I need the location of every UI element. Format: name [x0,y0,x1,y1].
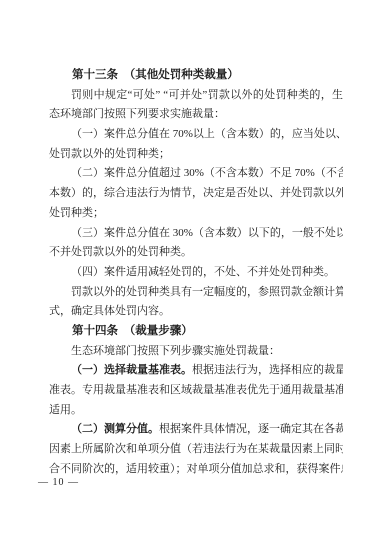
body-text-line: 式，确定具体处罚内容。 [49,302,343,322]
text-segment: 第十四条 （裁量步骤） [72,325,193,337]
text-segment: 处罚款以外的处罚种类； [49,148,170,160]
text-segment: （一）案件总分值在 70%以上（含本数）的，应当处以、并 [71,128,343,140]
body-text-line: （三）案件总分值在 30%（含本数）以下的，一般不处以、 [49,224,343,244]
body-text-line: 本数）的，综合违法行为情节，决定是否处以、并处罚款以外的 [49,184,343,204]
body-text-line: 生态环境部门按照下列步骤实施处罚裁量： [49,342,343,362]
text-segment: 处罚种类； [49,207,104,219]
emphasized-term: （二）测算分值。 [71,423,159,435]
text-segment: 不并处罚款以外的处罚种类。 [49,246,192,258]
text-segment: 根据案件具体情况，逐一确定其在各裁量 [159,423,343,435]
page-number: — 10 — [38,477,79,489]
body-text-line: 处罚款以外的处罚种类； [49,145,343,165]
emphasized-term: （一）选择裁量基准表。 [71,364,192,376]
body-text-line: 不并处罚款以外的处罚种类。 [49,243,343,263]
document-page: 第十三条 （其他处罚种类裁量）罚则中规定“可处” “可并处”罚款以外的处罚种类的… [0,0,390,551]
text-segment: 本数）的，综合违法行为情节，决定是否处以、并处罚款以外的 [49,187,343,199]
text-segment: 态环境部门按照下列要求实施裁量： [49,108,225,120]
body-text-line: 适用。 [49,401,343,421]
text-segment: 根据违法行为，选择相应的裁量基 [192,364,343,376]
text-segment: 罚款以外的处罚种类具有一定幅度的，参照罚款金额计算方 [71,286,343,298]
text-segment: 第十三条 （其他处罚种类裁量） [72,69,239,81]
text-segment: 生态环境部门按照下列步骤实施处罚裁量： [71,345,280,357]
body-text-line: （四）案件适用减轻处罚的，不处、不并处处罚种类。 [49,263,343,283]
body-text-line: 处罚种类； [49,204,343,224]
body-text-line: （二）案件总分值超过 30%（不含本数）不足 70%（不含 [49,164,343,184]
text-block: 第十三条 （其他处罚种类裁量）罚则中规定“可处” “可并处”罚款以外的处罚种类的… [49,66,343,479]
text-segment: 因素上所属阶次和单项分值（若违法行为在某裁量因素上同时符 [49,443,343,455]
body-text-line: （二）测算分值。根据案件具体情况，逐一确定其在各裁量 [49,420,343,440]
text-segment: （三）案件总分值在 30%（含本数）以下的，一般不处以、 [71,227,343,239]
body-text-line: 态环境部门按照下列要求实施裁量： [49,105,343,125]
body-text-line: 罚款以外的处罚种类具有一定幅度的，参照罚款金额计算方 [49,283,343,303]
text-segment: 罚则中规定“可处” “可并处”罚款以外的处罚种类的，生 [71,89,343,101]
body-text-line: （一）案件总分值在 70%以上（含本数）的，应当处以、并 [49,125,343,145]
text-segment: （二）案件总分值超过 30%（不含本数）不足 70%（不含 [71,167,343,179]
text-segment: 准表。专用裁量基准表和区域裁量基准表优先于通用裁量基准表 [49,384,343,396]
body-text-line: 罚则中规定“可处” “可并处”罚款以外的处罚种类的，生 [49,86,343,106]
section-heading: 第十四条 （裁量步骤） [49,322,343,342]
body-text-line: （一）选择裁量基准表。根据违法行为，选择相应的裁量基 [49,361,343,381]
text-segment: 合不同阶次的，适用较重）；对单项分值加总求和，获得案件总 [49,463,343,475]
text-segment: （四）案件适用减轻处罚的，不处、不并处处罚种类。 [71,266,335,278]
section-heading: 第十三条 （其他处罚种类裁量） [49,66,343,86]
text-segment: 式，确定具体处罚内容。 [49,305,170,317]
text-segment: 适用。 [49,404,82,416]
body-text-line: 合不同阶次的，适用较重）；对单项分值加总求和，获得案件总 [49,460,343,480]
body-text-line: 准表。专用裁量基准表和区域裁量基准表优先于通用裁量基准表 [49,381,343,401]
body-text-line: 因素上所属阶次和单项分值（若违法行为在某裁量因素上同时符 [49,440,343,460]
